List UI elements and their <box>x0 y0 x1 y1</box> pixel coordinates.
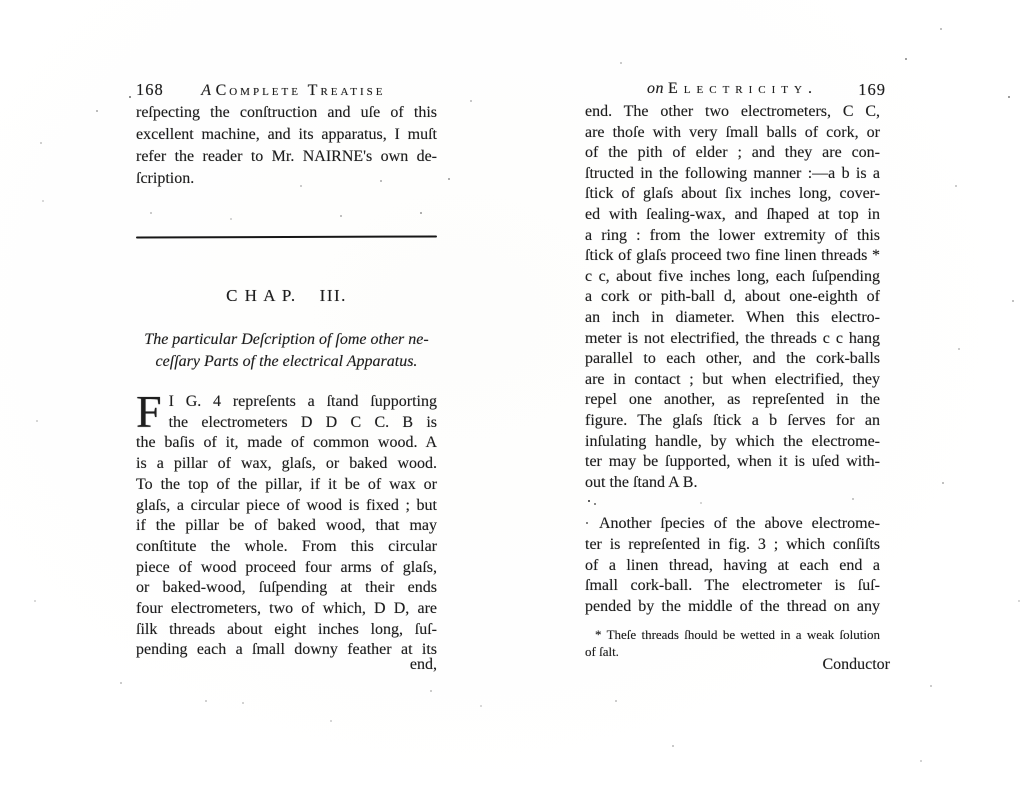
text-line: out the ſtand A B. <box>585 473 880 494</box>
text-line: a ring : from the lower extremity of thi… <box>585 226 880 247</box>
text-line: meter is not electrified, the threads c … <box>585 329 880 350</box>
text-line: I G. 4 repreſents a ſtand ſupporting <box>136 392 437 413</box>
text-line: is a pillar of wax, glaſs, or baked wood… <box>136 454 437 475</box>
right-page: onElectricity. 169 end. The other two el… <box>585 80 880 740</box>
text-line: ſmall cork-ball. The electrometer is ſuſ… <box>585 576 880 597</box>
intro-paragraph: reſpecting the conſtruction and uſe of t… <box>136 102 437 190</box>
body-paragraph: FI G. 4 repreſents a ſtand ſupportingthe… <box>136 392 437 661</box>
text-line: refer the reader to Mr. NAIRNE's own de- <box>136 146 437 168</box>
text-line: pending each a ſmall downy feather at it… <box>136 640 437 661</box>
text-line: an inch in diameter. When this electro- <box>585 308 880 329</box>
text-line: are thoſe with very ſmall balls of cork,… <box>585 123 880 144</box>
left-running-title: AComplete Treatise <box>164 82 437 100</box>
text-line: ter may be ſupported, when it is uſed wi… <box>585 452 880 473</box>
left-title-text: Complete Treatise <box>216 82 386 99</box>
right-catchword: Conductor <box>822 656 890 674</box>
right-running-header: onElectricity. 169 <box>585 80 880 102</box>
text-line: ſtructed in the following manner :—a b i… <box>585 164 880 185</box>
text-line: glaſs, a circular piece of wood is fixed… <box>136 496 437 517</box>
text-line: Another ſpecies of the above electrome- <box>585 514 880 535</box>
right-title-preposition: on <box>647 80 664 97</box>
text-line: repel one another, as repreſented in the <box>585 390 880 411</box>
text-line: The particular Deſcription of ſome other… <box>136 329 437 351</box>
text-line: reſpecting the conſtruction and uſe of t… <box>136 102 437 124</box>
text-line: figure. The glaſs ſtick a b ſerves for a… <box>585 411 880 432</box>
chapter-heading: C H A P. III. <box>136 286 437 306</box>
scanned-book-spread: 168 AComplete Treatise reſpecting the co… <box>0 0 1024 791</box>
left-page-number: 168 <box>136 80 164 100</box>
right-title-text: Electricity. <box>668 80 818 97</box>
text-line: ſcription. <box>136 168 437 190</box>
right-running-title: onElectricity. <box>647 80 818 97</box>
chapter-subtitle: The particular Deſcription of ſome other… <box>136 329 437 372</box>
text-line: or baked-wood, ſuſpending at their ends <box>136 578 437 599</box>
text-line: parallel to each other, and the cork-bal… <box>585 349 880 370</box>
left-page: 168 AComplete Treatise reſpecting the co… <box>136 80 437 740</box>
text-line: the electrometers D D C C. B is <box>136 413 437 434</box>
text-line: ed with ſealing-wax, and ſhaped at top i… <box>585 205 880 226</box>
text-line: To the top of the pillar, if it be of wa… <box>136 475 437 496</box>
text-line: ter is repreſented in fig. 3 ; which con… <box>585 535 880 556</box>
text-line: the baſis of it, made of common wood. A <box>136 433 437 454</box>
text-line: * Theſe threads ſhould be wetted in a we… <box>585 626 880 643</box>
second-body-paragraph: Another ſpecies of the above electrome-t… <box>585 514 880 618</box>
text-line: a cork or pith-ball d, about one-eighth … <box>585 287 880 308</box>
text-line: piece of wood proceed four arms of glaſs… <box>136 558 437 579</box>
footnote: * Theſe threads ſhould be wetted in a we… <box>585 626 880 660</box>
text-line: conſtitute the whole. From this circular <box>136 537 437 558</box>
text-line: ſilk threads about eight inches long, ſu… <box>136 620 437 641</box>
section-divider-rule <box>136 235 437 238</box>
left-catchword: end, <box>410 656 437 674</box>
text-line: end. The other two electrometers, C C, <box>585 102 880 123</box>
text-line: four electrometers, two of which, D D, a… <box>136 599 437 620</box>
text-line: inſulating handle, by which the electrom… <box>585 432 880 453</box>
text-line: if the pillar be of baked wood, that may <box>136 516 437 537</box>
text-line: of the pith of elder ; and they are con- <box>585 143 880 164</box>
right-page-number: 169 <box>858 80 886 100</box>
text-line: c c, about five inches long, each ſuſpen… <box>585 267 880 288</box>
text-line: are in contact ; but when electrified, t… <box>585 370 880 391</box>
text-line: ceſſary Parts of the electrical Apparatu… <box>136 351 437 373</box>
text-line: of a linen thread, having at each end a <box>585 556 880 577</box>
left-title-article: A <box>201 82 211 99</box>
text-line: excellent machine, and its apparatus, I … <box>136 124 437 146</box>
text-line: ſtick of glaſs proceed two fine linen th… <box>585 246 880 267</box>
body-paragraph-continued: end. The other two electrometers, C C,ar… <box>585 102 880 493</box>
drop-cap-letter: F <box>136 392 169 433</box>
text-line: pended by the middle of the thread on an… <box>585 597 880 618</box>
left-running-header: 168 AComplete Treatise <box>136 80 437 102</box>
text-line: ſtick of glaſs about ſix inches long, co… <box>585 184 880 205</box>
